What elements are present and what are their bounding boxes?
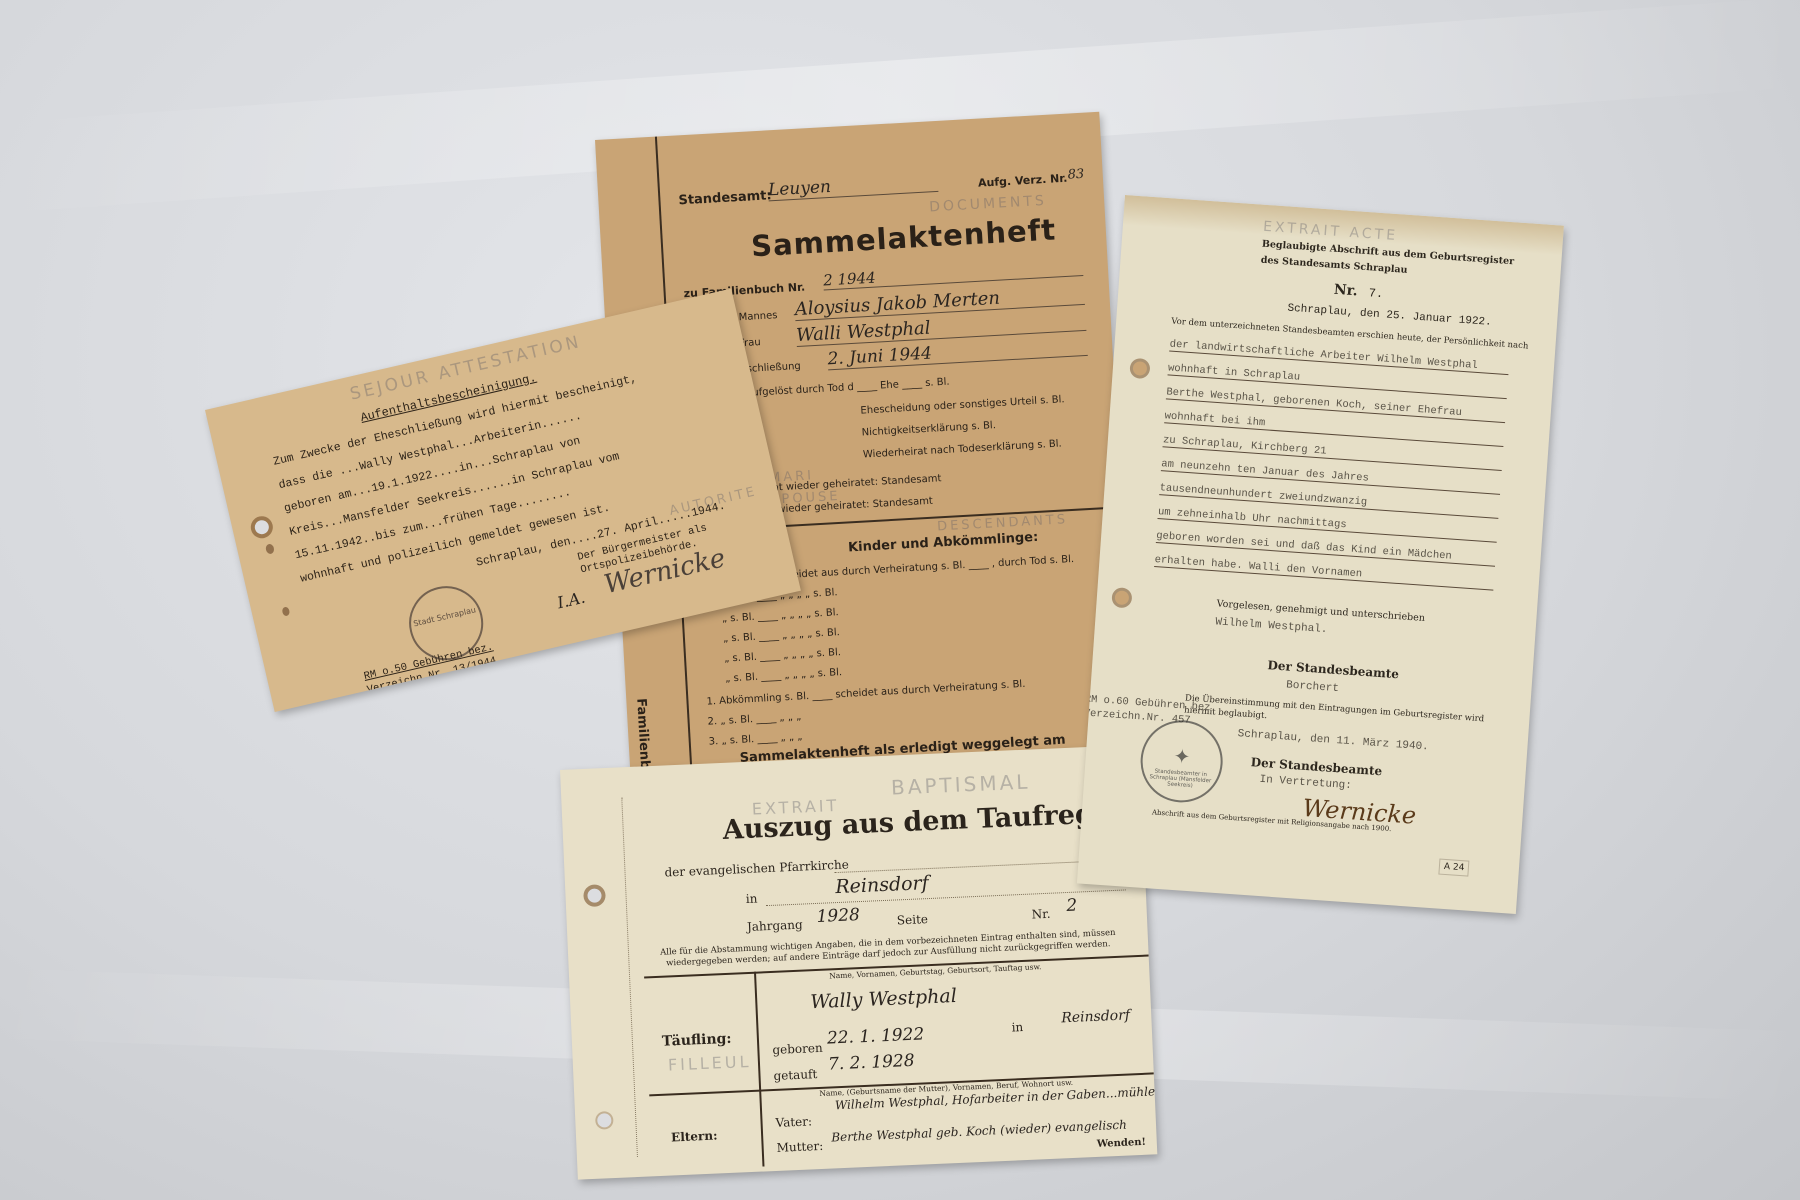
dissolution-item: Wiederheirat nach Todeserklärung s. Bl. bbox=[863, 438, 1062, 460]
pencil-note: FILLEUL bbox=[668, 1052, 752, 1075]
father-label: Vater: bbox=[775, 1114, 812, 1130]
aufg-value: 83 bbox=[1067, 167, 1084, 183]
eagle-icon: ✦ bbox=[1142, 742, 1221, 771]
year-label: Jahrgang bbox=[747, 918, 803, 934]
baptized-value: 7. 2. 1928 bbox=[828, 1051, 915, 1075]
stamp-text: Standesbeamter in Schraplau (Mansfelder … bbox=[1145, 768, 1216, 791]
standesamt-label: Standesamt: bbox=[678, 188, 772, 208]
certification-place-date: Schraplau, den 11. März 1940. bbox=[1237, 728, 1429, 753]
stain bbox=[281, 606, 290, 616]
turn-over-note: Wenden! bbox=[1097, 1137, 1146, 1150]
child-row: „ s. Bl. ____ „ „ „ „ s. Bl. bbox=[722, 607, 839, 625]
geburtsregister-document: EXTRAIT ACTE Beglaubigte Abschrift aus d… bbox=[1077, 195, 1564, 914]
born-in-label: in bbox=[1011, 1020, 1023, 1034]
dissolution-item: Ehescheidung oder sonstiges Urteil s. Bl… bbox=[860, 394, 1065, 416]
church-label: der evangelischen Pfarrkirche bbox=[664, 858, 849, 880]
notice-text: Alle für die Abstammung wichtigen Angabe… bbox=[643, 927, 1133, 970]
stain bbox=[265, 543, 275, 555]
place-date: Schraplau, den 25. Januar 1922. bbox=[1287, 303, 1492, 329]
in-label: in bbox=[745, 892, 757, 906]
born-value: 22. 1. 1922 bbox=[827, 1024, 925, 1048]
dissolution-item: Nichtigkeitserklärung s. Bl. bbox=[861, 420, 996, 438]
official-name: Borchert bbox=[1286, 679, 1340, 695]
born-in-value: Reinsdorf bbox=[1061, 1007, 1130, 1026]
parents-label: Eltern: bbox=[671, 1128, 718, 1144]
descendant-row: 2. „ s. Bl. ____ „ „ „ bbox=[707, 711, 801, 727]
number-label: Nr. bbox=[1031, 907, 1050, 922]
year-value: 1928 bbox=[816, 905, 860, 927]
margin-line bbox=[621, 797, 638, 1157]
standesamt-value: Leuyen bbox=[768, 171, 939, 201]
certificate-line: Zum Zwecke der Eheschließung wird hiermi… bbox=[272, 372, 638, 468]
taufregister-document: EXTRAIT BAPTISMAL Auszug aus dem Taufreg… bbox=[560, 745, 1157, 1180]
informant-signature: Wilhelm Westphal. bbox=[1215, 616, 1328, 636]
descendant-row: 3. „ s. Bl. ____ „ „ „ bbox=[708, 731, 802, 747]
page-label: Seite bbox=[897, 912, 929, 927]
pencil-note: DOCUMENTS bbox=[929, 193, 1047, 216]
aufg-label: Aufg. Verz. Nr. bbox=[978, 172, 1068, 190]
nr-label: Nr. bbox=[1333, 282, 1358, 300]
mother-label: Mutter: bbox=[776, 1139, 823, 1155]
punch-hole bbox=[1114, 590, 1129, 605]
punch-hole bbox=[253, 519, 270, 536]
baptized-label: getauft bbox=[773, 1067, 817, 1083]
church-location: Reinsdorf bbox=[835, 872, 929, 898]
child-row: „ s. Bl. ____ „ „ „ „ s. Bl. bbox=[724, 647, 841, 665]
nr-value: 7. bbox=[1368, 286, 1383, 301]
signature-prefix: I.A. bbox=[555, 588, 587, 613]
born-label: geboren bbox=[772, 1041, 823, 1057]
pencil-note: BAPTISMAL bbox=[891, 770, 1031, 800]
punch-hole bbox=[587, 888, 602, 903]
form-code: A 24 bbox=[1438, 859, 1470, 877]
document-title: Sammelaktenheft bbox=[750, 212, 1057, 263]
descendant-row: 1. Abkömmling s. Bl. ____ scheidet aus d… bbox=[706, 679, 1025, 708]
in-vertretung: In Vertretung: bbox=[1259, 774, 1352, 792]
official-title: Der Standesbeamte bbox=[1267, 658, 1399, 681]
eagle-seal-stamp: ✦ Standesbeamter in Schraplau (Mansfelde… bbox=[1138, 718, 1226, 806]
number-value: 2 bbox=[1066, 896, 1078, 916]
mother-value: Berthe Westphal geb. Koch (wieder) evang… bbox=[831, 1118, 1127, 1145]
certification-text: Die Übereinstimmung mit den Eintragungen… bbox=[1184, 692, 1515, 739]
punch-hole bbox=[1132, 361, 1147, 376]
child-row: „ s. Bl. ____ „ „ „ „ s. Bl. bbox=[723, 627, 840, 645]
child-row: „ s. Bl. ____ „ „ „ „ s. Bl. bbox=[725, 667, 842, 685]
stamp-text: Stadt Schraplau bbox=[410, 605, 480, 630]
table-column-rule bbox=[754, 972, 765, 1167]
child-name: Wally Westphal bbox=[810, 985, 957, 1013]
child-label: Täufling: bbox=[662, 1031, 732, 1050]
punch-hole bbox=[597, 1113, 612, 1128]
